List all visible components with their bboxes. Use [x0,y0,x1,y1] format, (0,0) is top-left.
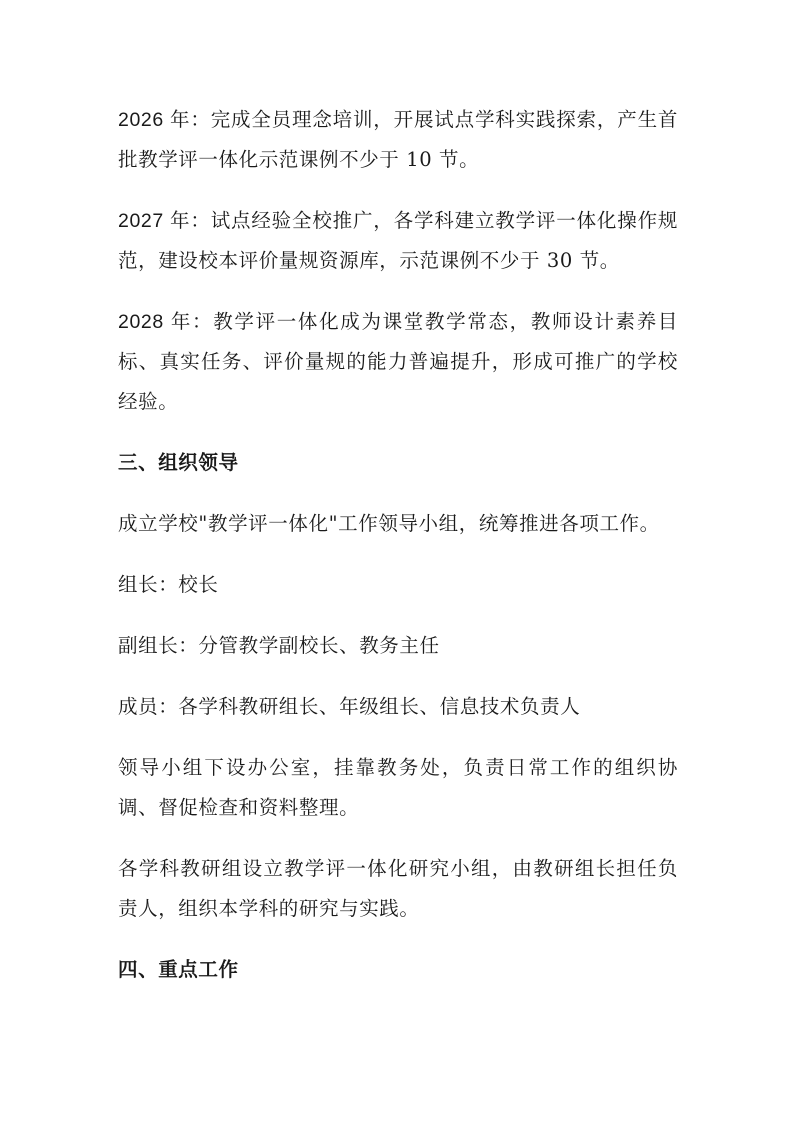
goal-2028-paragraph: 2028 年：教学评一体化成为课堂教学常态，教师设计素养目标、真实任务、评价量规… [118,302,678,422]
subject-subgroups-paragraph: 各学科教研组设立教学评一体化研究小组，由教研组长担任负责人，组织本学科的研究与实… [118,849,678,929]
members-line: 成员：各学科教研组长、年级组长、信息技术负责人 [118,687,678,727]
deputy-leader-line: 副组长：分管教学副校长、教务主任 [118,626,678,666]
office-paragraph: 领导小组下设办公室，挂靠教务处，负责日常工作的组织协调、督促检查和资料整理。 [118,748,678,828]
section-heading-organization: 三、组织领导 [118,443,678,483]
goal-year-label: 2026 年： [118,109,211,131]
goal-2027-paragraph: 2027 年：试点经验全校推广，各学科建立教学评一体化操作规范，建设校本评价量规… [118,201,678,281]
leadership-group-intro: 成立学校"教学评一体化"工作领导小组，统筹推进各项工作。 [118,504,678,544]
goal-year-label: 2028 年： [118,311,213,333]
section-heading-key-work: 四、重点工作 [118,950,678,990]
group-leader-line: 组长：校长 [118,565,678,605]
goal-year-label: 2027 年： [118,210,211,232]
goal-2026-paragraph: 2026 年：完成全员理念培训，开展试点学科实践探索，产生首批教学评一体化示范课… [118,100,678,180]
document-page: 2026 年：完成全员理念培训，开展试点学科实践探索，产生首批教学评一体化示范课… [118,100,678,1011]
